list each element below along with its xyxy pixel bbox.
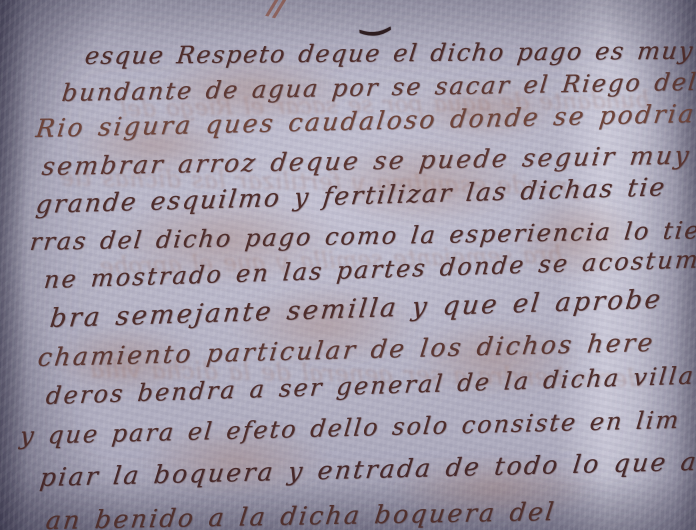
- manuscript-page-photo: bundante de agua por se sacar el Riego d…: [0, 0, 696, 530]
- manuscript-line-12: piar la boquera y entrada de todo lo que…: [38, 447, 696, 492]
- manuscript-line-13-partial: an benido a la dicha boquera del: [44, 497, 557, 530]
- manuscript-line-11: y que para el efeto dello solo consiste …: [19, 406, 682, 450]
- pen-trial-slash-marks-icon: ∕∕: [264, 0, 286, 24]
- manuscript-line-8: bra semejante semilla y que el aprobe: [48, 285, 664, 334]
- ink-flourish-mark-icon: ‿: [358, 0, 389, 37]
- manuscript-line-1: esque Respeto deque el dicho pago es muy…: [83, 36, 696, 70]
